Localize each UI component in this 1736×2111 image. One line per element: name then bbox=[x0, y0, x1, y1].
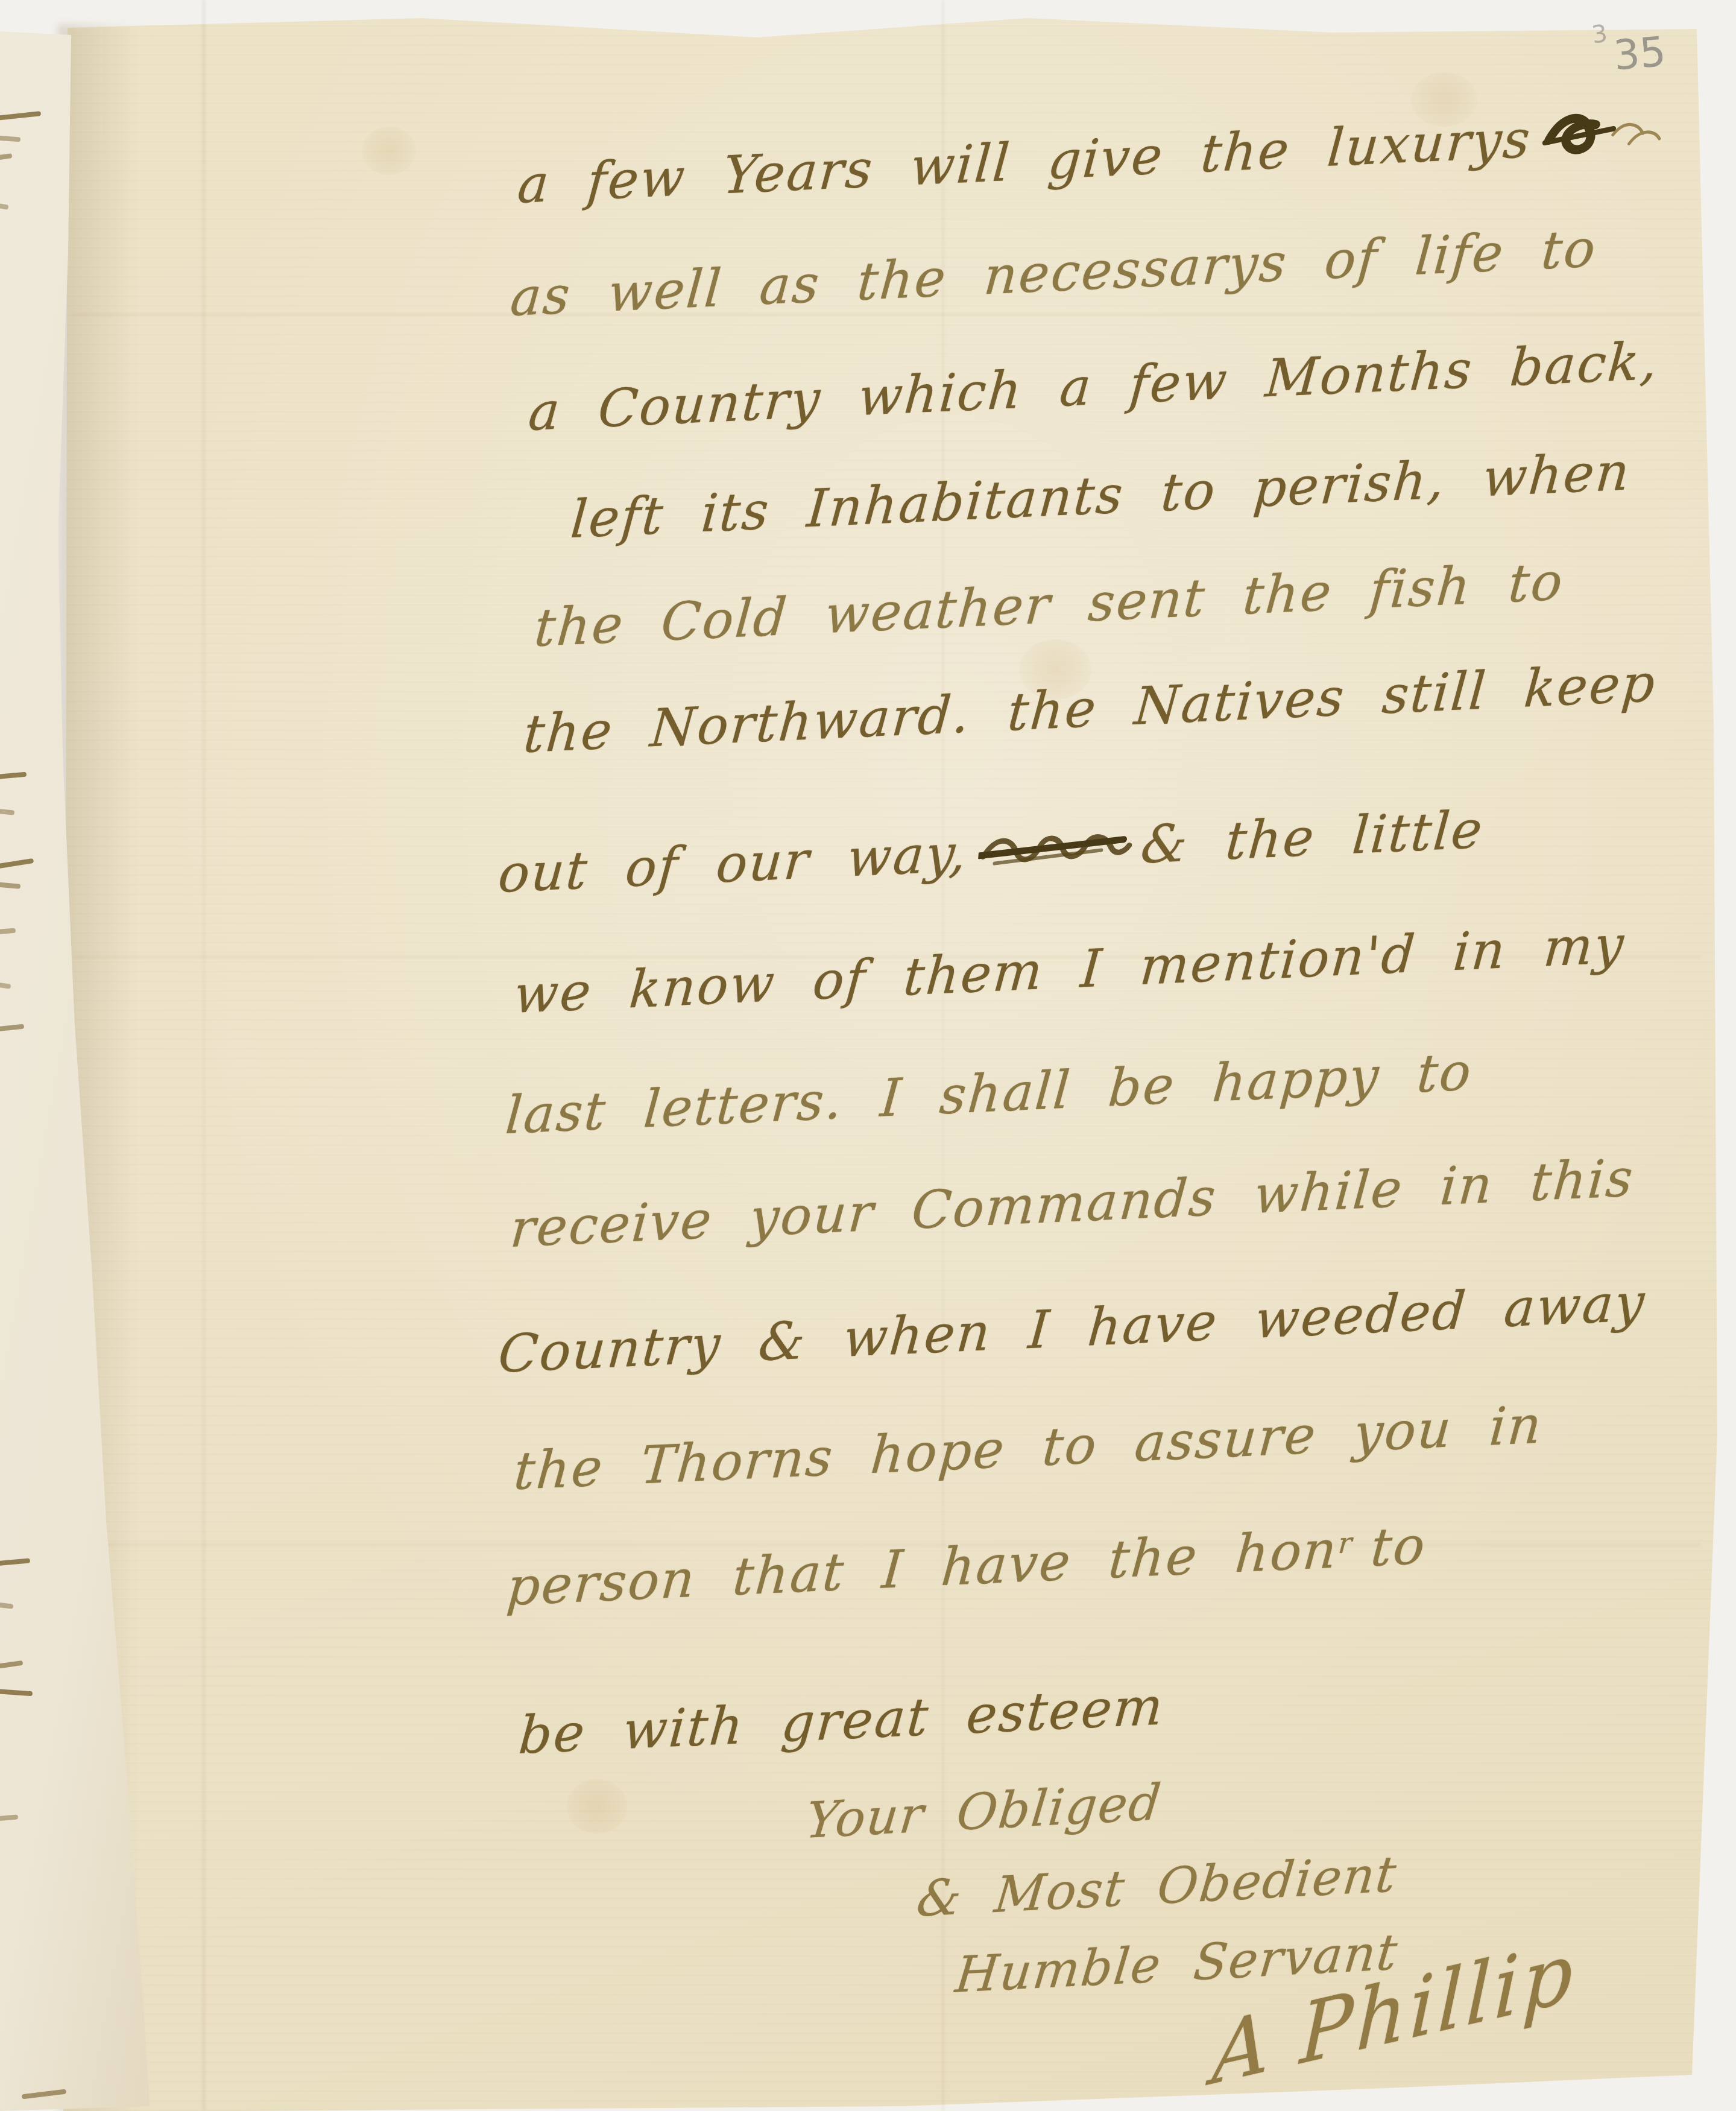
fold-crease bbox=[72, 314, 1700, 315]
letter-line-text: to bbox=[1369, 1516, 1428, 1579]
paper-stain bbox=[362, 127, 416, 175]
folio-pencil-mark: 3 bbox=[1590, 19, 1609, 49]
strikeout-scribble bbox=[1540, 100, 1665, 164]
strikeout-scribble bbox=[976, 820, 1134, 878]
fold-crease bbox=[203, 0, 205, 2111]
paper-stain bbox=[567, 1779, 627, 1834]
scanned-letter-page: 3 35 a few Years will give the luxurys a… bbox=[0, 0, 1736, 2111]
folio-number: 35 bbox=[1612, 28, 1668, 80]
superscript-r: r bbox=[1337, 1527, 1354, 1560]
